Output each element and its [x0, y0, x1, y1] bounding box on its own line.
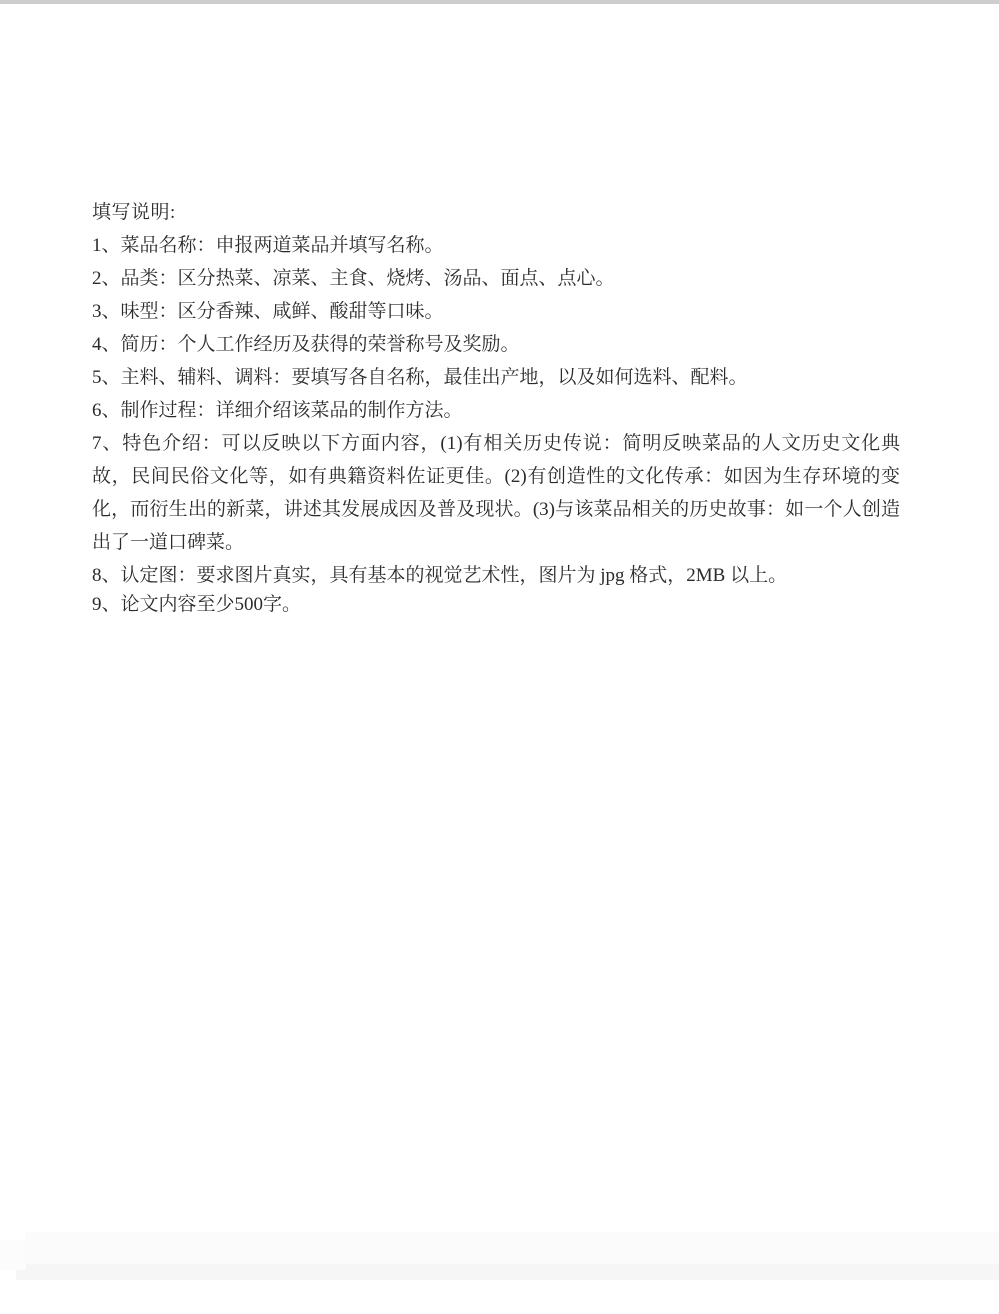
instruction-item-8: 8、认定图：要求图片真实，具有基本的视觉艺术性，图片为 jpg 格式，2MB 以…	[92, 559, 900, 592]
window-top-edge	[0, 0, 999, 4]
instruction-item-4: 4、简历：个人工作经历及获得的荣誉称号及奖励。	[92, 328, 900, 361]
instruction-item-2: 2、品类：区分热菜、凉菜、主食、烧烤、汤品、面点、点心。	[92, 262, 900, 295]
page-bottom-shading-light	[25, 1232, 999, 1264]
page-title: 填写说明:	[92, 196, 900, 229]
page-bottom-shading-corner	[0, 1240, 26, 1270]
page-bottom-shading-dark	[16, 1264, 999, 1280]
instruction-item-7: 7、特色介绍：可以反映以下方面内容，(1)有相关历史传说：简明反映菜品的人文历史…	[92, 427, 900, 559]
instruction-item-1: 1、菜品名称：申报两道菜品并填写名称。	[92, 229, 900, 262]
instruction-item-5: 5、主料、辅料、调料：要填写各自名称，最佳出产地，以及如何选料、配料。	[92, 361, 900, 394]
document-page: 填写说明: 1、菜品名称：申报两道菜品并填写名称。 2、品类：区分热菜、凉菜、主…	[92, 196, 900, 618]
instruction-item-9: 9、论文内容至少500字。	[92, 592, 900, 618]
instruction-item-6: 6、制作过程：详细介绍该菜品的制作方法。	[92, 394, 900, 427]
instruction-item-3: 3、味型：区分香辣、咸鲜、酸甜等口味。	[92, 295, 900, 328]
